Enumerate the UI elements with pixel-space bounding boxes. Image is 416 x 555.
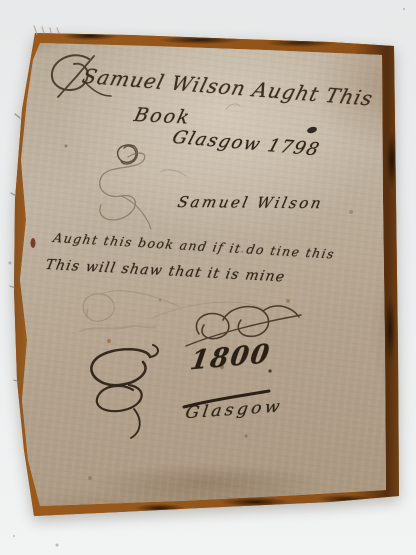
inscription-city-year: Glasgow 1798 xyxy=(170,127,323,160)
inscription-book-word: Book xyxy=(132,104,193,129)
inscription-signature: Samuel Wilson xyxy=(176,193,325,212)
inscription-owner-line: Samuel Wilson Aught This xyxy=(80,64,376,110)
inscription-city-bottom: Glasgow xyxy=(184,396,284,422)
photo-antique-book-page: Samuel Wilson Aught This Book Glasgow 17… xyxy=(0,0,416,555)
inscription-rhyme-line1: Aught this book and if it do tine this xyxy=(52,230,336,262)
handwriting-layer: Samuel Wilson Aught This Book Glasgow 17… xyxy=(0,0,416,555)
inscription-year-1800: 1800 xyxy=(188,339,273,377)
inscription-rhyme-line2: This will shaw that it is mine xyxy=(44,257,287,285)
